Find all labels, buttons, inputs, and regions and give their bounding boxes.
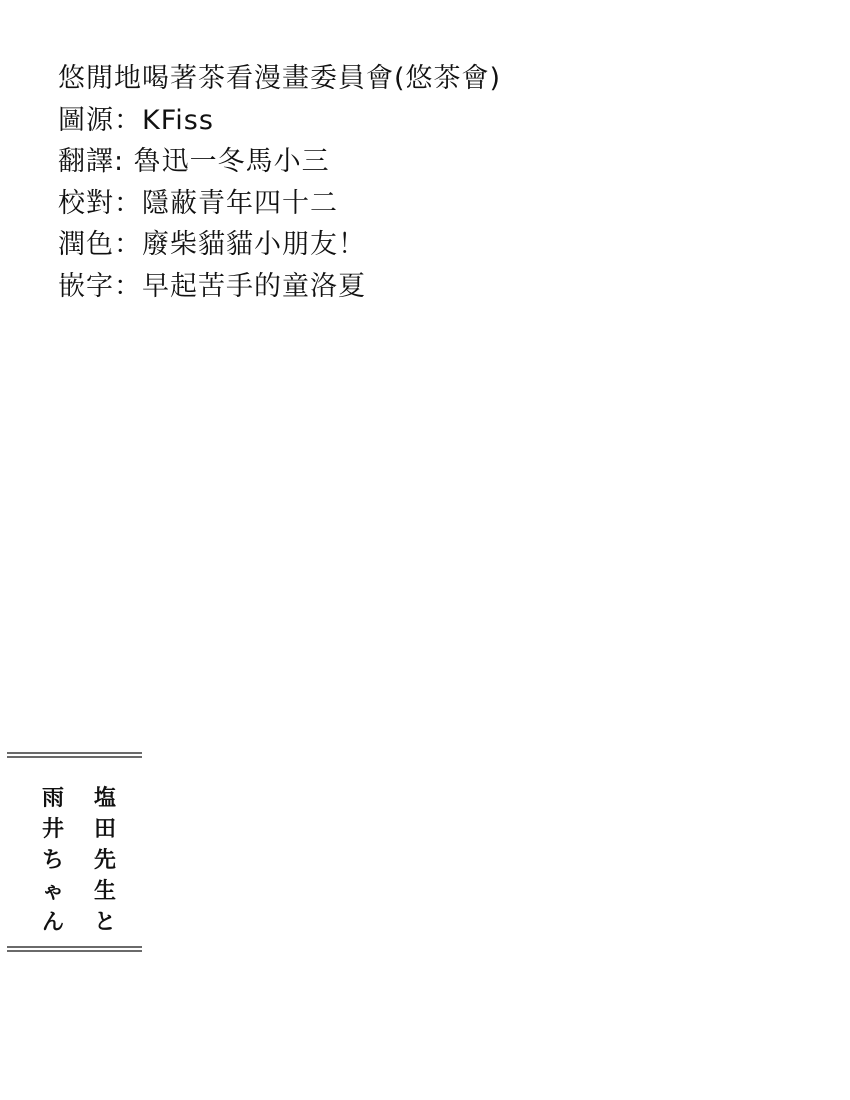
- title-char: 田: [94, 814, 116, 845]
- title-char: ち: [42, 845, 64, 876]
- title-char: 生: [94, 876, 116, 907]
- credit-typesetter: 嵌字：早起苦手的童洛夏: [58, 266, 501, 308]
- credit-translator: 翻譯: 魯迅一冬馬小三: [58, 141, 501, 183]
- title-char: 塩: [94, 783, 116, 814]
- title-char: ん: [42, 907, 64, 938]
- title-char: 雨: [42, 783, 64, 814]
- credit-source: 圖源：KFiss: [58, 100, 501, 142]
- credit-group-name: 悠閒地喝著茶看漫畫委員會(悠茶會): [58, 58, 501, 100]
- vertical-title-box: 塩 田 先 生 と 雨 井 ち ゃ ん: [7, 752, 142, 952]
- title-column-right: 塩 田 先 生 と: [91, 783, 119, 938]
- vertical-title: 塩 田 先 生 と 雨 井 ち ゃ ん: [7, 758, 142, 946]
- credit-editor: 潤色：廢柴貓貓小朋友！: [58, 224, 501, 266]
- title-char: 井: [42, 814, 64, 845]
- translation-credits: 悠閒地喝著茶看漫畫委員會(悠茶會) 圖源：KFiss 翻譯: 魯迅一冬馬小三 校…: [58, 58, 501, 308]
- bottom-double-rule: [7, 946, 142, 952]
- title-char: と: [94, 907, 116, 938]
- title-char: ゃ: [42, 876, 64, 907]
- title-char: 先: [94, 845, 116, 876]
- credit-proofreader: 校對：隱蔽青年四十二: [58, 183, 501, 225]
- title-column-left: 雨 井 ち ゃ ん: [39, 783, 67, 938]
